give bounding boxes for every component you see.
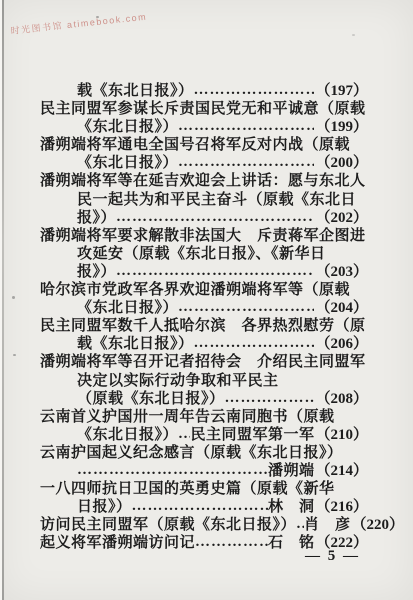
- toc-line-text: 云南护国起义纪念感言（原载《东北日报》）: [40, 444, 343, 462]
- toc-line-text: 《东北日报》）: [77, 299, 178, 317]
- toc-line-text: 日报》）: [77, 498, 132, 516]
- toc-line: 潘朔端将军等召开记者招待会 介绍民主同盟军: [40, 353, 368, 371]
- toc-page-number: （210）: [315, 426, 368, 444]
- toc-list: 载《东北日报》）………………………………………………………………………………………: [40, 82, 368, 552]
- toc-line: 民主同盟军数千人抵哈尔滨 各界热烈慰劳（原: [40, 317, 368, 335]
- toc-page-number: （203）: [315, 263, 368, 281]
- toc-line-text: 报》）: [77, 263, 116, 281]
- toc-line: 云南护国起义纪念感言（原载《东北日报》）: [40, 444, 368, 462]
- toc-line-text: 云南首义护国卅一周年告云南同胞书（原载: [40, 408, 335, 426]
- toc-line-text: 民主同盟军参谋长斥责国民党无和平诚意（原载: [40, 100, 366, 118]
- dot-leader: ……………………………………………………………………………………………………………: [194, 81, 315, 99]
- toc-line: 《东北日报》）…………………………………………………………………………………………: [40, 299, 368, 317]
- toc-line-text: 访问民主同盟军（原载《东北日报》）: [40, 516, 296, 534]
- toc-line: 民主同盟军参谋长斥责国民党无和平诚意（原载: [40, 100, 368, 118]
- toc-line-text: 潘朔端将军要求解散非法国大 斥责蒋军企图进: [40, 227, 366, 245]
- toc-line: 《东北日报》）…………………………………………………………………………………………: [40, 118, 368, 136]
- toc-page-number: （197）: [315, 82, 368, 100]
- toc-line: 潘朔端将军要求解散非法国大 斥责蒋军企图进: [40, 227, 368, 245]
- toc-line-text: 载《东北日报》）: [77, 335, 194, 353]
- toc-line-text: 载《东北日报》）: [77, 82, 194, 100]
- dot-leader: ……………………………………………………………………………………………………………: [178, 425, 190, 443]
- page-footer: — 5 —: [305, 548, 360, 565]
- toc-line: ……………………………………………………………………………………………………………: [40, 462, 368, 480]
- dot-leader: ……………………………………………………………………………………………………………: [116, 208, 314, 226]
- toc-line: 访问民主同盟军（原载《东北日报》）………………………………………………………………: [40, 516, 368, 534]
- toc-author: 肖 彦: [304, 516, 351, 534]
- toc-line-text: 起义将军潘朔端访问记: [40, 534, 195, 552]
- toc-page-number: （206）: [315, 335, 368, 353]
- toc-line-text: 潘朔端将军等在延吉欢迎会上讲话：愿与东北人: [40, 172, 366, 190]
- dot-leader: ……………………………………………………………………………………………………………: [116, 262, 314, 280]
- toc-line: （原载《东北日报》）…………………………………………………………………………………: [40, 390, 368, 408]
- toc-page-number: （202）: [315, 209, 368, 227]
- toc-line: 潘朔端将军等在延吉欢迎会上讲话：愿与东北人: [40, 172, 368, 190]
- toc-line-text: 民主同盟军数千人抵哈尔滨 各界热烈慰劳（原: [40, 317, 366, 335]
- toc-line-text: 《东北日报》）: [77, 426, 178, 444]
- toc-line: 哈尔滨市党政军各界欢迎潘朔端将军等（原载: [40, 281, 368, 299]
- toc-line: 载《东北日报》）………………………………………………………………………………………: [40, 82, 368, 100]
- toc-author: 林 洞: [268, 498, 315, 516]
- toc-line-text: 攻延安（原载《东北日报》、《新华日: [77, 245, 326, 263]
- toc-line-text: （原载《东北日报》）: [77, 390, 225, 408]
- dot-leader: ……………………………………………………………………………………………………………: [77, 461, 268, 479]
- toc-author: 潘朔端: [268, 462, 315, 480]
- dot-leader: ……………………………………………………………………………………………………………: [178, 153, 314, 171]
- toc-page-number: （214）: [315, 462, 368, 480]
- book-page: 时光图书馆 atimebook.com 载《东北日报》）…………………………………: [0, 0, 413, 600]
- toc-line-text: 决定以实际行动争取和平民主: [77, 372, 279, 390]
- scan-speck: [12, 296, 15, 299]
- dot-leader: ……………………………………………………………………………………………………………: [296, 515, 304, 533]
- toc-line-text: 潘朔端将军等召开记者招待会 介绍民主同盟军: [40, 353, 366, 371]
- toc-line-text: 一八四师抗日卫国的英勇史篇（原载《新华: [40, 480, 335, 498]
- toc-line: 报》）……………………………………………………………………………………………………: [40, 209, 368, 227]
- toc-line-text: 潘朔端将军通电全国号召将军反对内战（原载: [40, 136, 350, 154]
- dot-leader: ……………………………………………………………………………………………………………: [178, 117, 314, 135]
- page-edge-shadow: [2, 0, 4, 600]
- toc-author: 民主同盟军第一军: [190, 426, 314, 444]
- toc-line: 《东北日报》）…………………………………………………………………………………………: [40, 154, 368, 172]
- toc-line: 《东北日报》）…………………………………………………………………………………………: [40, 426, 368, 444]
- toc-line: 报》）……………………………………………………………………………………………………: [40, 263, 368, 281]
- scan-speck: [96, 16, 99, 18]
- toc-line: 载《东北日报》）………………………………………………………………………………………: [40, 335, 368, 353]
- toc-line-text: 《东北日报》）: [77, 154, 178, 172]
- toc-line: 潘朔端将军通电全国号召将军反对内战（原载: [40, 136, 368, 154]
- toc-line: 日报》）…………………………………………………………………………………………………: [40, 498, 368, 516]
- toc-line: 攻延安（原载《东北日报》、《新华日: [40, 245, 368, 263]
- toc-line: 决定以实际行动争取和平民主: [40, 372, 368, 390]
- page-number: — 5 —: [305, 548, 360, 564]
- dot-leader: ……………………………………………………………………………………………………………: [132, 497, 268, 515]
- toc-line-text: 《东北日报》）: [77, 118, 178, 136]
- toc-line: 一八四师抗日卫国的英勇史篇（原载《新华: [40, 480, 368, 498]
- dot-leader: ……………………………………………………………………………………………………………: [225, 389, 315, 407]
- watermark: 时光图书馆 atimebook.com: [10, 10, 148, 37]
- toc-line: 云南首义护国卅一周年告云南同胞书（原载: [40, 408, 368, 426]
- dot-leader: ……………………………………………………………………………………………………………: [195, 533, 268, 551]
- toc-page-number: （199）: [315, 118, 368, 136]
- scan-speck: [13, 354, 16, 356]
- dot-leader: ……………………………………………………………………………………………………………: [178, 298, 314, 316]
- dot-leader: ……………………………………………………………………………………………………………: [194, 334, 315, 352]
- toc-page-number: （220）: [352, 516, 405, 534]
- scan-speck: [352, 34, 355, 36]
- toc-page-number: （200）: [315, 154, 368, 172]
- toc-line: 民一起共为和平民主奋斗（原载《东北日: [40, 191, 368, 209]
- toc-line-text: 哈尔滨市党政军各界欢迎潘朔端将军等（原载: [40, 281, 350, 299]
- toc-line-text: 报》）: [77, 209, 116, 227]
- toc-page-number: （204）: [315, 299, 368, 317]
- toc-line-text: 民一起共为和平民主奋斗（原载《东北日: [77, 191, 356, 209]
- toc-page-number: （208）: [315, 390, 368, 408]
- toc-page-number: （216）: [315, 498, 368, 516]
